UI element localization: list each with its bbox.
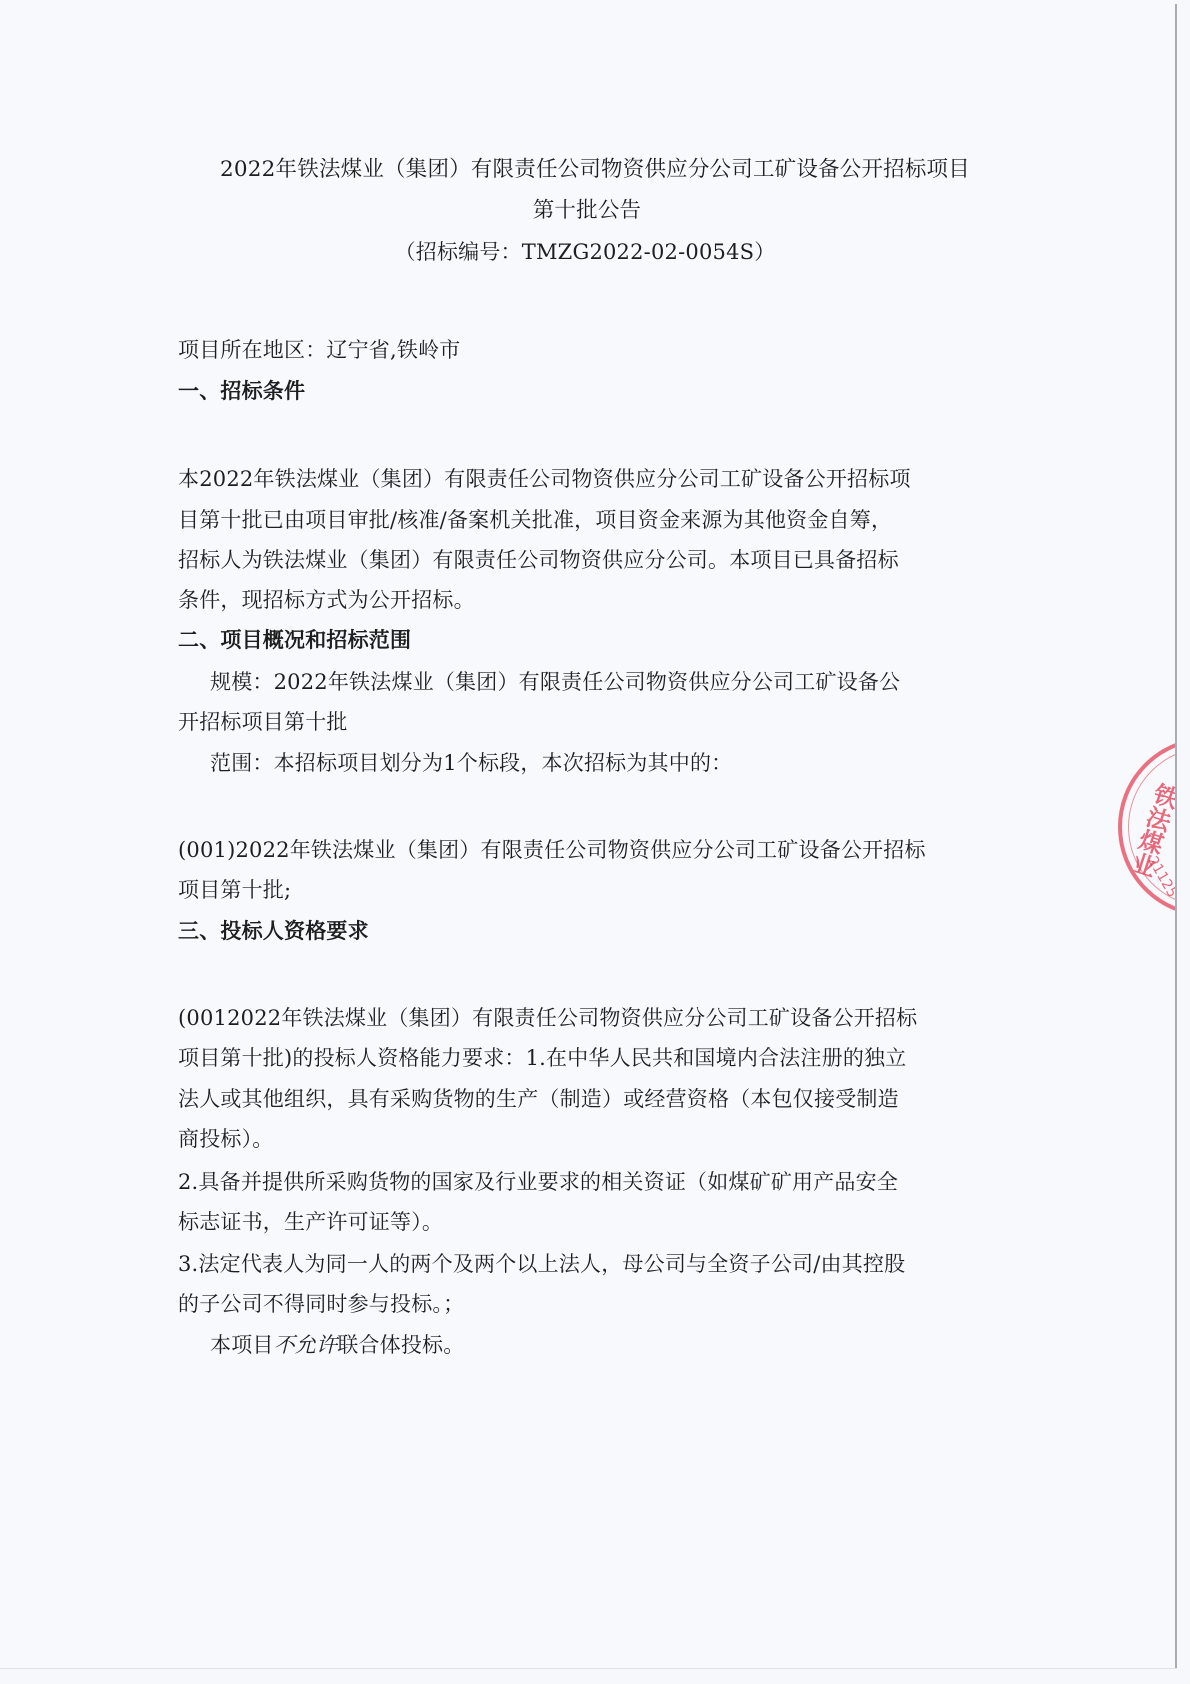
project-location: 项目所在地区：辽宁省,铁岭市 bbox=[178, 336, 460, 364]
paragraph-line: 项目第十批)的投标人资格能力要求：1.在中华人民共和国境内合法注册的独立 bbox=[178, 1044, 906, 1072]
paragraph-line: 规模：2022年铁法煤业（集团）有限责任公司物资供应分公司工矿设备公 bbox=[210, 668, 900, 696]
paragraph-line: 范围：本招标项目划分为1个标段，本次招标为其中的： bbox=[210, 749, 732, 777]
bid-number: （招标编号：TMZG2022-02-0054S） bbox=[0, 238, 1180, 266]
consortium-suffix: 联合体投标。 bbox=[337, 1333, 464, 1357]
paragraph-line: (0012022年铁法煤业（集团）有限责任公司物资供应分公司工矿设备公开招标 bbox=[178, 1004, 917, 1032]
paragraph-line: 标志证书，生产许可证等）。 bbox=[178, 1208, 443, 1236]
consortium-statement: 本项目不允许联合体投标。 bbox=[210, 1331, 464, 1359]
paragraph-line: 2.具备并提供所采购货物的国家及行业要求的相关资证（如煤矿矿用产品安全 bbox=[178, 1168, 898, 1196]
section-heading-project-overview: 二、项目概况和招标范围 bbox=[178, 626, 411, 654]
paragraph-line: 招标人为铁法煤业（集团）有限责任公司物资供应分公司。本项目已具备招标 bbox=[178, 546, 899, 574]
paragraph-line: 开招标项目第十批 bbox=[178, 708, 348, 736]
consortium-prefix: 本项目 bbox=[210, 1333, 274, 1357]
page-edge-bottom bbox=[0, 1668, 1177, 1669]
section-heading-bidding-conditions: 一、招标条件 bbox=[178, 377, 305, 405]
paragraph-line: (001)2022年铁法煤业（集团）有限责任公司物资供应分公司工矿设备公开招标 bbox=[178, 836, 926, 864]
paragraph-line: 商投标）。 bbox=[178, 1125, 274, 1153]
paragraph-line: 目第十批已由项目审批/核准/备案机关批准，项目资金来源为其他资金自筹， bbox=[178, 506, 892, 534]
document-title-line1: 2022年铁法煤业（集团）有限责任公司物资供应分公司工矿设备公开招标项目 bbox=[0, 156, 1190, 184]
paragraph-line: 的子公司不得同时参与投标。； bbox=[178, 1290, 464, 1318]
paragraph-line: 本2022年铁法煤业（集团）有限责任公司物资供应分公司工矿设备公开招标项 bbox=[178, 465, 911, 493]
paragraph-line: 法人或其他组织，具有采购货物的生产（制造）或经营资格（本包仅接受制造 bbox=[178, 1085, 899, 1113]
document-title-line2: 第十批公告 bbox=[0, 197, 1182, 225]
paragraph-line: 3.法定代表人为同一人的两个及两个以上法人，母公司与全资子公司/由其控股 bbox=[178, 1250, 905, 1278]
consortium-not-allowed: 不允许 bbox=[274, 1333, 338, 1357]
paragraph-line: 项目第十批; bbox=[178, 876, 291, 904]
paragraph-line: 条件，现招标方式为公开招标。 bbox=[178, 586, 475, 614]
section-heading-bidder-qualifications: 三、投标人资格要求 bbox=[178, 917, 369, 945]
